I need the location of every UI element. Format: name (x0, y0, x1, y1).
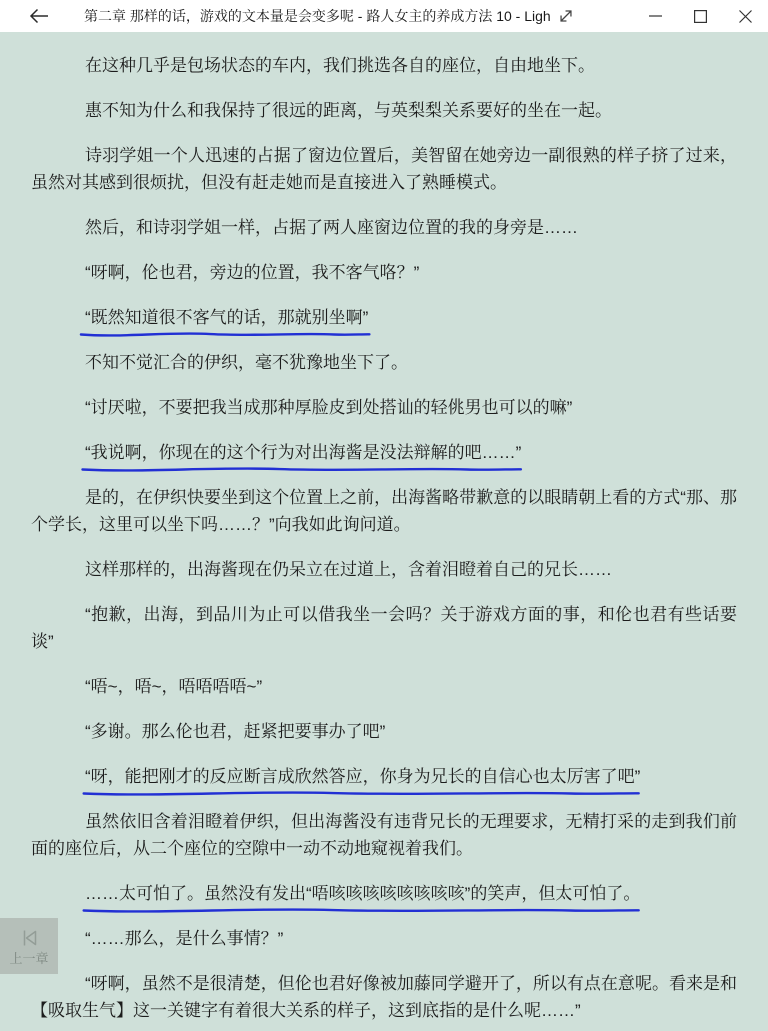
underline-annotation-icon (78, 906, 644, 915)
paragraph: 这样那样的，出海酱现在仍呆立在过道上，含着泪瞪着自己的兄长…… (31, 556, 737, 583)
paragraph: 然后，和诗羽学姐一样，占据了两人座窗边位置的我的身旁是…… (31, 214, 737, 241)
minimize-icon (649, 15, 662, 17)
paragraph: 惠不知为什么和我保持了很远的距离，与英梨梨关系要好的坐在一起。 (31, 97, 737, 124)
window-title: 第二章 那样的话，游戏的文本量是会变多呢 - 路人女主的养成方法 10 - Li… (84, 0, 550, 32)
prev-chapter-label: 上一章 (9, 952, 48, 966)
minimize-button[interactable] (633, 0, 678, 32)
paragraph: “……那么，是什么事情？” (31, 925, 737, 952)
paragraph: 虽然依旧含着泪瞪着伊织，但出海酱没有违背兄长的无理要求，无精打采的走到我们前面的… (31, 808, 737, 862)
back-arrow-icon (29, 8, 49, 24)
paragraph: 是的，在伊织快要坐到这个位置上之前，出海酱略带歉意的以眼睛朝上看的方式“那、那个… (31, 484, 737, 538)
paragraph: 诗羽学姐一个人迅速的占据了窗边位置后，美智留在她旁边一副很熟的样子挤了过来，虽然… (31, 142, 737, 196)
close-icon (739, 10, 752, 23)
underlined-text: ……太可怕了。虽然没有发出“唔咳咳咳咳咳咳咳咳”的笑声，但太可怕了。 (85, 880, 640, 907)
maximize-button[interactable] (678, 0, 723, 32)
paragraph: “我说啊，你现在的这个行为对出海酱是没法辩解的吧……” (31, 439, 737, 466)
underlined-text: “呀，能把刚才的反应断言成欣然答应，你身为兄长的自信心也太厉害了吧” (85, 763, 640, 790)
expand-button[interactable] (550, 0, 582, 32)
paragraph: “抱歉，出海，到品川为止可以借我坐一会吗？关于游戏方面的事，和伦也君有些话要谈” (31, 601, 737, 655)
back-button[interactable] (24, 0, 54, 32)
paragraph: “讨厌啦，不要把我当成那种厚脸皮到处搭讪的轻佻男也可以的嘛” (31, 394, 737, 421)
paragraph: “呀啊，虽然不是很清楚，但伦也君好像被加藤同学避开了，所以有点在意呢。看来是和【… (31, 970, 737, 1024)
underlined-text: “我说啊，你现在的这个行为对出海酱是没法辩解的吧……” (85, 439, 521, 466)
paragraph: “唔~，唔~，唔唔唔唔~” (31, 673, 737, 700)
underlined-text: “既然知道很不客气的话，那就别坐啊” (85, 304, 368, 331)
paragraph: “既然知道很不客气的话，那就别坐啊” (31, 304, 737, 331)
paragraph: “呀，能把刚才的反应断言成欣然答应，你身为兄长的自信心也太厉害了吧” (31, 763, 737, 790)
underline-annotation-icon (78, 330, 372, 339)
prev-chapter-button[interactable]: 上一章 (0, 918, 58, 974)
reader-content: 在这种几乎是包场状态的车内，我们挑选各自的座位，自由地坐下。惠不知为什么和我保持… (0, 32, 768, 1024)
expand-diagonal-icon (557, 7, 575, 25)
window-controls (633, 0, 768, 32)
maximize-icon (694, 10, 707, 23)
paragraph: “多谢。那么伦也君，赶紧把要事办了吧” (31, 718, 737, 745)
underline-annotation-icon (78, 789, 644, 798)
paragraph: 在这种几乎是包场状态的车内，我们挑选各自的座位，自由地坐下。 (31, 52, 737, 79)
paragraph: ……太可怕了。虽然没有发出“唔咳咳咳咳咳咳咳咳”的笑声，但太可怕了。 (31, 880, 737, 907)
paragraph: 不知不觉汇合的伊织，毫不犹豫地坐下了。 (31, 349, 737, 376)
titlebar: 第二章 那样的话，游戏的文本量是会变多呢 - 路人女主的养成方法 10 - Li… (0, 0, 768, 32)
paragraph: “呀啊，伦也君，旁边的位置，我不客气咯？” (31, 259, 737, 286)
close-button[interactable] (723, 0, 768, 32)
underline-annotation-icon (78, 465, 525, 474)
skip-previous-icon (17, 926, 41, 950)
